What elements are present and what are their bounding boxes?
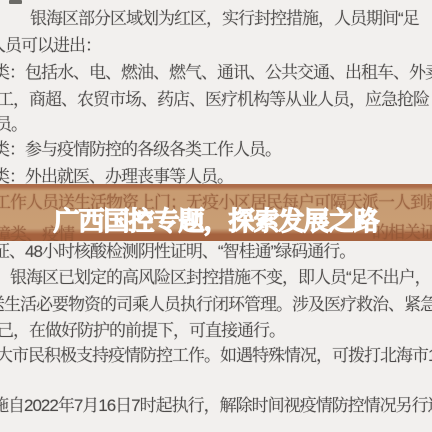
watermark-title: 广西国控专题，探索发展之路	[0, 201, 432, 238]
text-line: 送生活必要物资的司乘人员执行闭环管理。涉及医疗救治、紧急	[0, 295, 432, 314]
text-line: 大市民积极支持疫情防控工作。如遇特殊情况，可拨打北海市12345	[0, 346, 432, 365]
text-line: 类：参与疫情防控的各级各类工作人员。	[0, 140, 281, 159]
text-line: 己，在做好防护的前提下，可直接通行。	[0, 321, 285, 340]
text-line: 施自2022年7月16日7时起执行，解除时间视疫情防控情况另行通知	[0, 396, 432, 415]
cropped-text-fragment	[9, 0, 22, 4]
text-line: 证、48小时核酸检测阴性证明、“智桂通”绿码通行。	[0, 242, 355, 261]
watermark-banner: 工作人员送生活物资上门；无疫小区居民每户可隔天派一人到就 障类、疫情 的相关证 …	[0, 184, 432, 241]
text-line: 银海区已划定的高风险区封控措施不变，即人员“足不出户，	[10, 268, 431, 287]
text-line: 类：包括水、电、燃油、燃气、通讯、公共交通、出租车、外卖	[0, 63, 432, 82]
text-line: 工，商超、农贸市场、药店、医疗机构等从业人员，应急抢险	[0, 90, 429, 109]
text-line: 人员可以进出：	[0, 36, 101, 55]
text-line: 员。	[0, 115, 27, 134]
text-line: 银海区部分区域划为红区，实行封控措施，人员期间“足	[30, 9, 419, 28]
article-screenshot: 银海区部分区域划为红区，实行封控措施，人员期间“足 人员可以进出： 类：包括水、…	[0, 0, 432, 432]
